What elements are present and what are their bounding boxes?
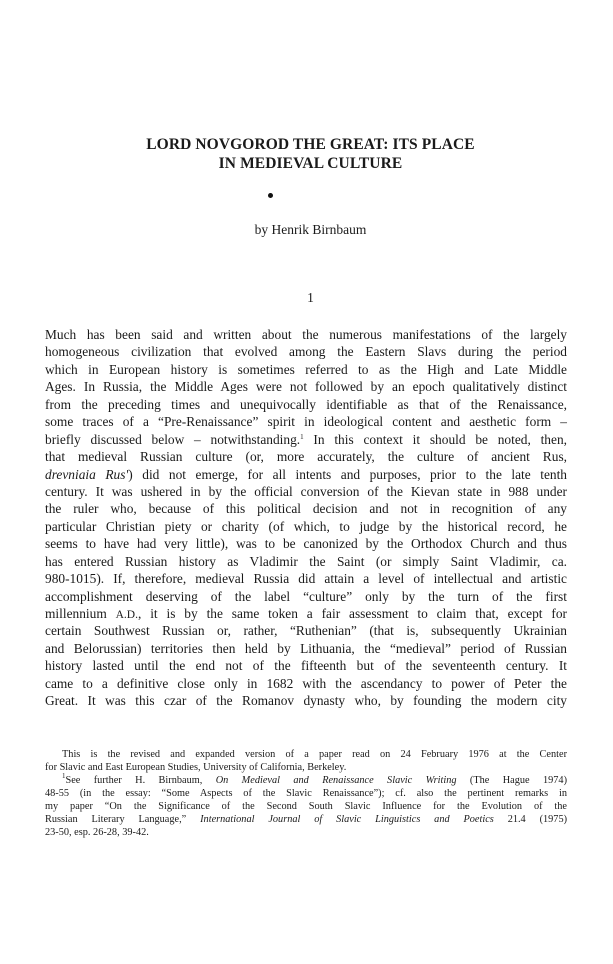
body-line: certain Southwest Russian or, rather, “R…	[45, 622, 567, 639]
body-line: Much has been said and written about the…	[45, 326, 567, 343]
italic-title: On Medieval and Renaissance Slavic Writi…	[216, 775, 457, 786]
body-line: which in European history is sometimes r…	[45, 361, 567, 378]
section-number: 1	[0, 290, 613, 306]
footnote-line: Russian Literary Language,” Internationa…	[45, 813, 567, 826]
footnotes: This is the revised and expanded version…	[45, 748, 567, 839]
title-line-1: LORD NOVGOROD THE GREAT: ITS PLACE	[0, 136, 613, 154]
body-line: some traces of a “Pre-Renaissance” spiri…	[45, 413, 567, 430]
italic-title: International Journal of Slavic Linguist…	[200, 814, 494, 825]
footnote-text-fragment: See further H. Birnbaum,	[66, 775, 203, 786]
body-line: and Belorussian) territories then held b…	[45, 640, 567, 657]
body-line: millennium A.D., it is by the same token…	[45, 605, 567, 622]
footnote-line: This is the revised and expanded version…	[45, 748, 567, 761]
body-line: seems to have had very little), was to b…	[45, 535, 567, 552]
footnote-ref[interactable]: 1	[300, 433, 304, 441]
small-caps-term: A.D.	[116, 609, 138, 621]
body-line: Great. It was this czar of the Romanov d…	[45, 692, 567, 709]
body-text: Much has been said and written about the…	[45, 326, 567, 710]
body-line: has entered Russian history as Vladimir …	[45, 553, 567, 570]
body-line: the ruler who, because of this political…	[45, 500, 567, 517]
footnote-line: 1See further H. Birnbaum, On Medieval an…	[45, 774, 567, 787]
title-line-2: IN MEDIEVAL CULTURE	[0, 155, 613, 173]
body-line: came to a definitive close only in 1682 …	[45, 675, 567, 692]
body-line: 980-1015). If, therefore, medieval Russi…	[45, 570, 567, 587]
author-byline: by Henrik Birnbaum	[0, 222, 613, 238]
footnote-line: 48-55 (in the essay: “Some Aspects of th…	[45, 787, 567, 800]
body-line: drevniaia Rus') did not emerge, for all …	[45, 466, 567, 483]
body-line: century. It was ushered in by the offici…	[45, 483, 567, 500]
body-line: briefly discussed below – notwithstandin…	[45, 431, 567, 448]
body-text-fragment: , it is by the same token a fair assessm…	[138, 606, 567, 621]
footnote-line: 23-50, esp. 26-28, 39-42.	[45, 826, 567, 839]
bullet-ornament-icon	[268, 193, 273, 198]
body-text-fragment: In this context it should be noted, then…	[313, 432, 567, 447]
body-line: from the preceding times and unequivocal…	[45, 396, 567, 413]
body-line: particular Christian piety or charity (o…	[45, 518, 567, 535]
body-line: that medieval Russian culture (or, more …	[45, 448, 567, 465]
body-line: Ages. In Russia, the Middle Ages were no…	[45, 378, 567, 395]
body-text-fragment: millennium	[45, 606, 107, 621]
body-line: homogeneous civilization that evolved am…	[45, 343, 567, 360]
footnote-text-fragment: Russian Literary Language,”	[45, 814, 186, 825]
body-line: accomplishment deserving of the label “c…	[45, 588, 567, 605]
body-line: history lasted until the end not of the …	[45, 657, 567, 674]
footnote-line: for Slavic and East European Studies, Un…	[45, 761, 567, 774]
italic-term: drevniaia Rus'	[45, 467, 128, 482]
footnote-text-fragment: (The Hague 1974)	[470, 775, 567, 786]
footnote-line: my paper “On the Significance of the Sec…	[45, 800, 567, 813]
footnote-text-fragment: 21.4 (1975)	[508, 814, 567, 825]
body-text-fragment: ) did not emerge, for all intents and pu…	[128, 467, 567, 482]
body-text-fragment: briefly discussed below – notwithstandin…	[45, 432, 300, 447]
